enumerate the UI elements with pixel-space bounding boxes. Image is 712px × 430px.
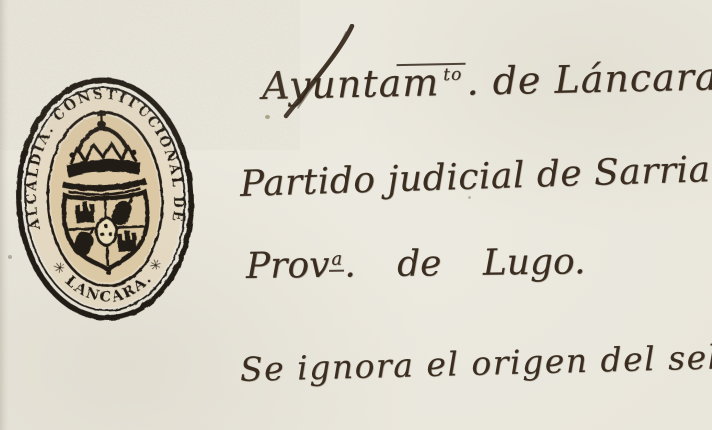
- official-seal: ALCALDIA. CONSTITUCIONAL DE ✳ LANCARA. ✳: [9, 68, 202, 330]
- line3-text-cont: . de Lugo.: [344, 241, 586, 285]
- handwritten-line-partido-judicial: Partido judicial de Sarria: [239, 149, 711, 205]
- document-page: ALCALDIA. CONSTITUCIONAL DE ✳ LANCARA. ✳: [0, 0, 712, 430]
- bourbon-escutcheon-icon: [96, 218, 117, 246]
- line3-superscript: a: [329, 251, 344, 272]
- handwritten-line-provincia: Prova. de Lugo.: [246, 241, 586, 287]
- ink-speck: [8, 255, 12, 259]
- line1-text-cont: . de Láncara: [466, 54, 712, 103]
- seal-graphic: ALCALDIA. CONSTITUCIONAL DE ✳ LANCARA. ✳: [9, 68, 202, 330]
- ink-speck: [265, 115, 270, 119]
- handwritten-line-origen-sello: Se ignora el origen del sello.: [239, 336, 712, 389]
- scan-edge-shadow: [0, 0, 9, 430]
- line3-text: Prov: [246, 245, 330, 287]
- line1-superscript: to: [397, 63, 467, 86]
- handwritten-line-ayuntamiento: Ayuntamto. de Láncara: [262, 54, 712, 108]
- ink-speck: [468, 196, 471, 199]
